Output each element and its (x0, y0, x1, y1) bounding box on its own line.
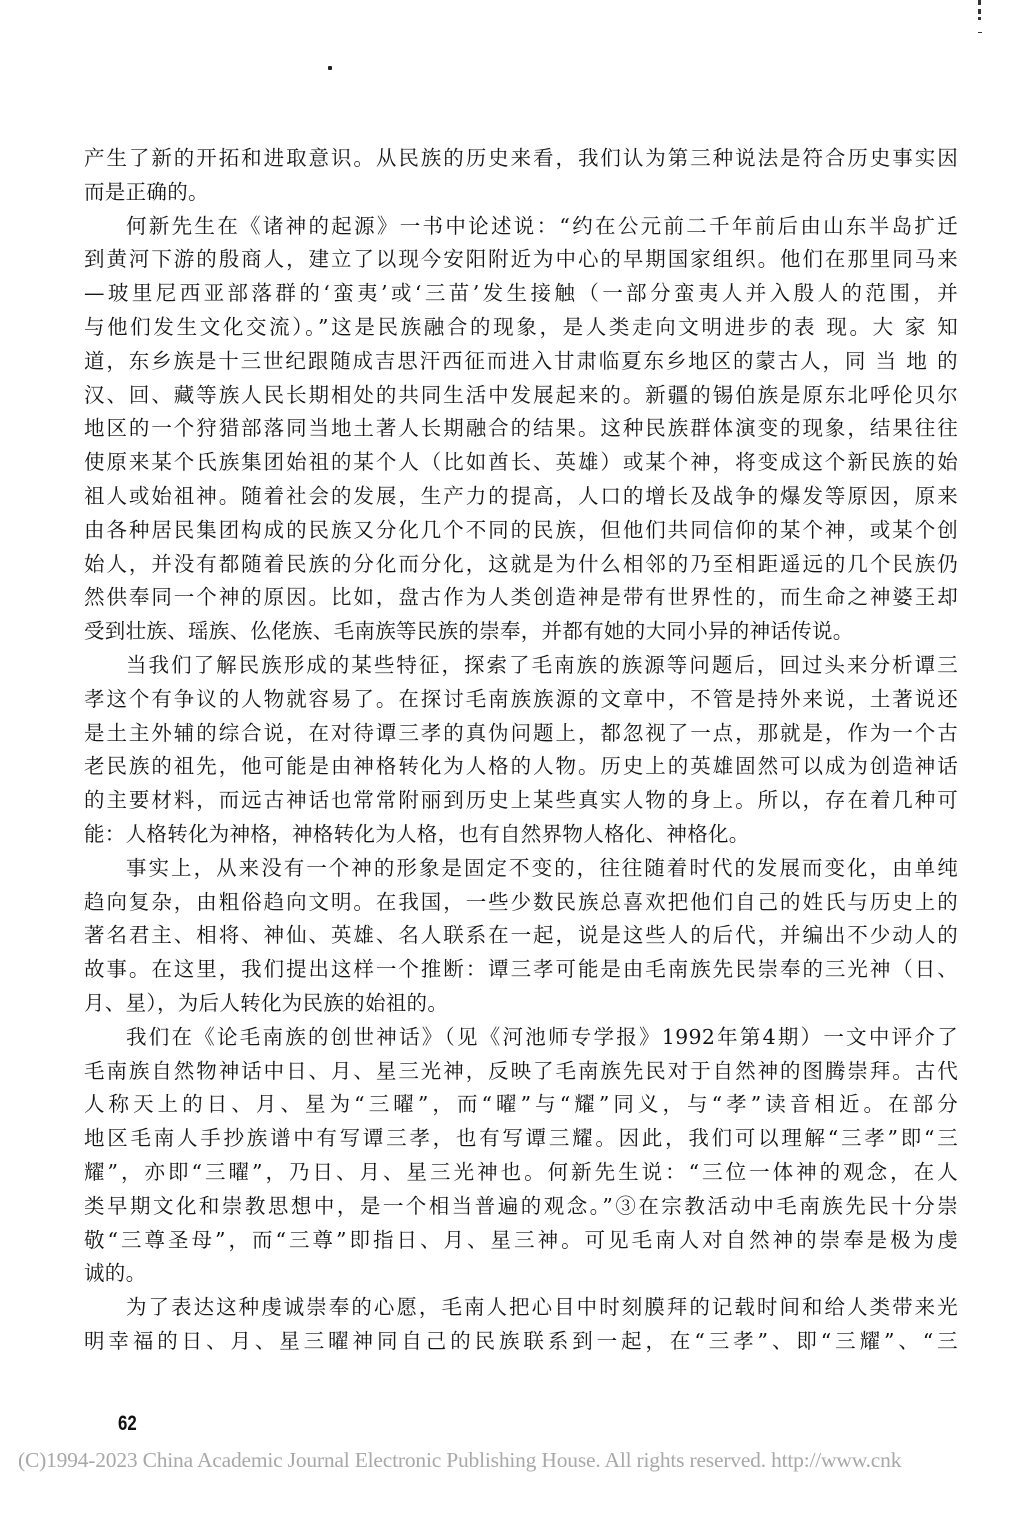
page-number: 62 (118, 1412, 137, 1436)
text-line: 敬“三尊圣母”，而“三尊”即指日、月、星三神。可见毛南人对自然神的崇奉是极为虔 (84, 1224, 958, 1258)
text-line: 当我们了解民族形成的某些特征，探索了毛南族的族源等问题后，回过头来分析谭三 (84, 649, 958, 683)
text-line: 产生了新的开拓和进取意识。从民族的历史来看，我们认为第三种说法是符合历史事实因 (84, 142, 958, 176)
text-line: 使原来某个氏族集团始祖的某个人（比如酋长、英雄）或某个神，将变成这个新民族的始 (84, 446, 958, 480)
scan-artifact-dot (328, 66, 332, 70)
text-line: 到黄河下游的殷商人，建立了以现今安阳附近为中心的早期国家组织。他们在那里同马来 (84, 243, 958, 277)
text-line: 人称天上的日、月、星为“三曜”，而“曜”与“耀”同义，与“孝”读音相近。在部分 (84, 1088, 958, 1122)
text-line: 明幸福的日、月、星三曜神同自己的民族联系到一起，在“三孝”、即“三耀”、“三 (84, 1325, 958, 1359)
text-line: 类早期文化和崇教思想中，是一个相当普遍的观念。”③在宗教活动中毛南族先民十分崇 (84, 1190, 958, 1224)
text-line: 地区毛南人手抄族谱中有写谭三孝，也有写谭三耀。因此，我们可以理解“三孝”即“三 (84, 1122, 958, 1156)
text-line: 著名君主、相将、神仙、英雄、名人联系在一起，说是这些人的后代，并编出不少动人的 (84, 919, 958, 953)
text-line: 耀”，亦即“三曜”，乃日、月、星三光神也。何新先生说：“三位一体神的观念，在人 (84, 1156, 958, 1190)
text-line: 的主要材料，而远古神话也常常附丽到历史上某些真实人物的身上。所以，存在着几种可 (84, 784, 958, 818)
copyright-footer: (C)1994-2023 China Academic Journal Elec… (18, 1448, 901, 1473)
text-line: 毛南族自然物神话中日、月、星三光神，反映了毛南族先民对于自然神的图腾崇拜。古代 (84, 1055, 958, 1089)
text-line: 老民族的祖先，他可能是由神格转化为人格的人物。历史上的英雄固然可以成为创造神话 (84, 750, 958, 784)
text-line: 道，东乡族是十三世纪跟随成吉思汗西征而进入甘肃临夏东乡地区的蒙古人，同 当 地 … (84, 345, 958, 379)
text-line: 由各种居民集团构成的民族又分化几个不同的民族，但他们共同信仰的某个神，或某个创 (84, 514, 958, 548)
text-line: 为了表达这种虔诚崇奉的心愿，毛南人把心目中时刻膜拜的记载时间和给人类带来光 (84, 1291, 958, 1325)
text-line: —玻里尼西亚部落群的‘蛮夷’或‘三苗’发生接触（一部分蛮夷人并入殷人的范围，并 (84, 277, 958, 311)
text-line: 祖人或始祖神。随着社会的发展，生产力的提高，人口的增长及战争的爆发等原因，原来 (84, 480, 958, 514)
text-line: 然供奉同一个神的原因。比如，盘古作为人类创造神是带有世界性的，而生命之神婆王却 (84, 581, 958, 615)
text-line: 汉、回、藏等族人民长期相处的共同生活中发展起来的。新疆的锡伯族是原东北呼伦贝尔 (84, 379, 958, 413)
text-line: 能：人格转化为神格，神格转化为人格，也有自然界物人格化、神格化。 (84, 818, 958, 852)
text-line: 趋向复杂，由粗俗趋向文明。在我国，一些少数民族总喜欢把他们自己的姓氏与历史上的 (84, 886, 958, 920)
scan-artifact-marks (976, 0, 984, 40)
text-line: 月、星），为后人转化为民族的始祖的。 (84, 987, 958, 1021)
text-line: 诚的。 (84, 1257, 958, 1291)
text-line: 地区的一个狩猎部落同当地土著人长期融合的结果。这种民族群体演变的现象，结果往往 (84, 412, 958, 446)
text-line: 而是正确的。 (84, 176, 958, 210)
text-line: 何新先生在《诸神的起源》一书中论述说：“约在公元前二千年前后由山东半岛扩迁 (84, 210, 958, 244)
text-line: 与他们发生文化交流）。”这是民族融合的现象，是人类走向文明进步的表 现。大 家 … (84, 311, 958, 345)
text-line: 受到壮族、瑶族、仫佬族、毛南族等民族的崇奉，并都有她的大同小异的神话传说。 (84, 615, 958, 649)
text-line: 孝这个有争议的人物就容易了。在探讨毛南族族源的文章中，不管是持外来说，土著说还 (84, 683, 958, 717)
text-line: 始人，并没有都随着民族的分化而分化，这就是为什么相邻的乃至相距遥远的几个民族仍 (84, 548, 958, 582)
text-line: 故事。在这里，我们提出这样一个推断：谭三孝可能是由毛南族先民崇奉的三光神（日、 (84, 953, 958, 987)
text-line: 事实上，从来没有一个神的形象是固定不变的，往往随着时代的发展而变化，由单纯 (84, 852, 958, 886)
text-line: 我们在《论毛南族的创世神话》（见《河池师专学报》1992年第4期）一文中评介了 (84, 1021, 958, 1055)
page-body: 产生了新的开拓和进取意识。从民族的历史来看，我们认为第三种说法是符合历史事实因 … (84, 142, 958, 1359)
text-line: 是土主外辅的综合说，在对待谭三孝的真伪问题上，都忽视了一点，那就是，作为一个古 (84, 717, 958, 751)
